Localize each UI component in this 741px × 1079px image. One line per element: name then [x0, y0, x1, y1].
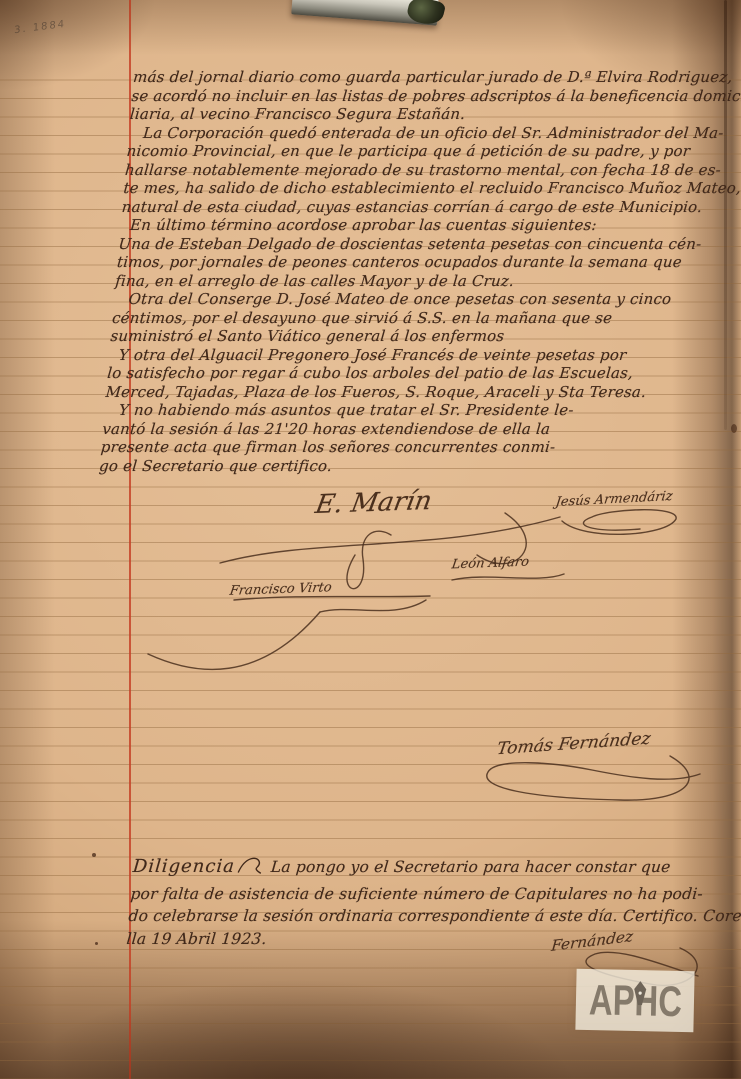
- signature-marin: E. Marín: [313, 486, 434, 520]
- page-edge-crease: [724, 0, 727, 430]
- manuscript-line: te mes, ha salido de dicho establecimien…: [123, 179, 713, 198]
- signature-rubric-virto: [138, 592, 448, 676]
- manuscript-line: más del jornal diario como guarda partic…: [132, 68, 722, 87]
- pencil-annotation: 3. 1884: [14, 19, 66, 36]
- signature-fernandez-full: Tomás Fernández: [496, 729, 652, 760]
- manuscript-line: lo satisfecho por regar á cubo los arbol…: [106, 364, 696, 383]
- manuscript-line: timos, por jornales de peones canteros o…: [116, 253, 706, 272]
- diligencia-brace-icon: [236, 854, 264, 883]
- ink-speck: [92, 853, 96, 857]
- signature-rubric-alfaro: [448, 570, 570, 586]
- manuscript-line: Merced, Tajadas, Plaza de los Fueros, S.…: [105, 383, 695, 402]
- manuscript-line: Y otra del Alguacil Pregonero José Franc…: [108, 346, 698, 365]
- manuscript-line: suministró el Santo Viático general á lo…: [110, 327, 700, 346]
- manuscript-line: La Corporación quedó enterada de un ofic…: [128, 124, 718, 143]
- manuscript-line: nicomio Provincial, en que le participa …: [126, 142, 716, 161]
- manuscript-line: Una de Esteban Delgado de doscientas set…: [118, 235, 708, 254]
- manuscript-line: hallarse notablemente mejorado de su tra…: [124, 161, 714, 180]
- diligencia-line: por falta de asistencia de suficiente nú…: [130, 883, 728, 906]
- manuscript-line: En último término acordose aprobar las c…: [119, 216, 709, 235]
- manuscript-line: presente acta que firman los señores con…: [100, 438, 690, 457]
- metal-clip: [291, 0, 439, 26]
- signature-virto: Francisco Virto: [229, 580, 333, 599]
- diligencia-line: lla 19 Abril 1923.: [126, 928, 724, 951]
- manuscript-line: liaria, al vecino Francisco Segura Estañ…: [129, 105, 719, 124]
- diligencia-block: DiligenciaLa pongo yo el Secretario para…: [126, 854, 730, 950]
- manuscript-line: vantó la sesión á las 21'20 horas extend…: [102, 420, 692, 439]
- ink-speck: [95, 942, 98, 945]
- manuscript-line: natural de esta ciudad, cuyas estancias …: [121, 198, 711, 217]
- manuscript-line: Otra del Conserge D. José Mateo de once …: [113, 290, 703, 309]
- manuscript-line: Y no habiendo más asuntos que tratar el …: [103, 401, 693, 420]
- signature-rubric-armendariz: [548, 503, 703, 545]
- clip-shadow-blob: [405, 0, 446, 28]
- diligencia-label: Diligencia: [132, 856, 236, 877]
- manuscript-page: 3. 1884 más del jornal diario como guard…: [0, 0, 741, 1079]
- manuscript-line: fina, en el arreglo de las calles Mayor …: [115, 272, 705, 291]
- manuscript-line: se acordó no incluir en las listas de po…: [131, 87, 721, 106]
- manuscript-line: céntimos, por el desayuno que sirvió á S…: [111, 309, 701, 328]
- diligencia-line: do celebrarse la sesión ordinaria corres…: [128, 905, 726, 928]
- diligencia-text: La pongo yo el Secretario para hacer con…: [270, 858, 671, 876]
- signature-armendariz: Jesús Armendáriz: [555, 489, 674, 510]
- signature-alfaro: León Alfaro: [451, 555, 530, 573]
- pen-nib-icon: [633, 981, 648, 1007]
- manuscript-body: más del jornal diario como guarda partic…: [98, 68, 722, 475]
- diligencia-line: DiligenciaLa pongo yo el Secretario para…: [132, 854, 730, 883]
- page-blemish: [731, 424, 737, 433]
- manuscript-line: go el Secretario que certifico.: [98, 457, 688, 476]
- archive-watermark: APHC: [575, 969, 694, 1032]
